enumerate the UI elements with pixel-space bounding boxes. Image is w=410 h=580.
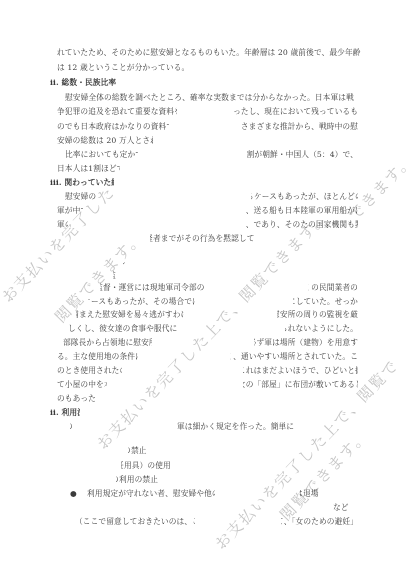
text-line: 比率においても定かで9割が朝鮮・中国人（5：4）で、 [0,149,410,161]
text-fragment: これはまだよいほうで、ひどいと掘 [243,365,358,376]
cut-glyph: は [135,351,138,362]
text-line: のでも日本政府はかなりの資料でさまざまな推計から、戦時中の慰 [0,121,410,133]
text-line: ⅱ. 総数・民族比率 [0,77,410,89]
text-run: れないようにした。 [288,324,358,333]
cut-glyph: の [355,191,358,202]
text-line: のとき使用されたのこれはまだよいほうで、ひどいと掘 [0,365,410,377]
text-fragment: 部隊長から占領地に慰安所 [63,337,152,348]
text-fragment: 監 [113,270,116,281]
text-line: ●利用規定が守れない者、慰安婦や他のは退場 [0,488,410,500]
text-fragment: る。主な使用地の条件は [57,351,138,362]
text-fragment: し [123,256,126,267]
text-line: 軍の、であり、そのたの国家機関も黙 [0,219,410,231]
text-run: ⅲ. 関わっていた [50,178,111,187]
text-line: 軍が中で、送る船も日本陸軍の軍用船がほ [0,205,410,217]
text-run: 比率においても定か [65,150,135,159]
text-fragment: ⅲ. 関わっていた組 [50,177,114,188]
text-line: は 12 歳ということが分かっている。 [0,62,410,74]
cut-glyph: の [65,219,68,230]
text-fragment: ⅱ. 総数・民族比率 [50,77,116,88]
text-fragment: ったし、現在において残っているも [233,106,358,117]
text-run: 督・運営には現地軍司令部の [103,283,205,292]
text-line: の軍は細かく規定を作った。簡単に [0,421,410,433]
text-run: ⅱ. 利用 [50,408,77,417]
document-page: お支払いを完了した閲覧できます。お支払いを完了した上で、閲覧できます。できます。… [0,0,410,580]
text-line: し [0,256,410,268]
text-run: 禁止 [131,446,147,455]
text-fragment: 妊用具）の使用 [121,460,171,471]
cut-glyph: 組 [111,177,114,188]
text-run: の「部屋」に布団が敷いてある [246,380,355,389]
text-fragment: 監督・運営には現地軍司令部の [100,282,205,293]
text-fragment: 日本人は1割ほどで [57,163,120,174]
text-fragment: 慰安婦全体の総数を調べたところ、確率な実数までは分からなかった。日本軍は戦 [65,92,354,103]
text-fragment: 安婦の総数は 20 万人とされ [57,135,153,146]
cut-glyph: 所 [149,337,152,348]
text-run: まえた慰安婦を易々逃がすわ [79,310,181,319]
text-fragment: 、送る船も日本陸軍の軍用船がほ [246,205,358,216]
cut-glyph: で [117,163,120,174]
text-fragment: 経者までがその行為を黙認して [150,233,255,244]
cut-glyph: ほ [355,205,358,216]
text-fragment: の利用の禁止 [116,474,158,485]
text-fragment: など [333,502,349,513]
text-fragment: 利用規定が守れない者、慰安婦や他の [87,488,215,499]
text-run: 者までがその行為を黙認して [153,234,255,243]
text-fragment: しくし、彼女達の食事や服代に [68,323,177,334]
cut-glyph: の [119,365,122,376]
text-line: 部隊長から占領地に慰安所必ず軍は場所（建物）を用意す [0,337,410,349]
text-run: しくし、彼女達の食事や服代に [68,324,177,333]
cut-glyph: こ [192,516,195,527]
text-fragment: 慰安所の周りの監視を厳 [277,309,358,320]
text-run: 慰安婦の [65,192,96,201]
text-fragment: にしていた。せっか [293,296,358,307]
text-run: ケースもあったが、ほとんど [254,192,355,201]
cut-glyph: で [80,205,83,216]
text-run: 割が朝鮮・中国人（5：4）で、 [247,150,358,159]
text-run: ず軍は場所（建物）を用意す [257,338,359,347]
text-run: 争犯罪の追及を恐れて重要な資料 [57,107,174,116]
text-run: ● [70,489,77,498]
text-run: 日本人は1割ほど [57,164,117,173]
text-fragment: 捕まえた慰安婦を易々逃がすわけ [76,309,184,320]
text-fragment: 軍は細かく規定を作った。簡単に [177,421,294,432]
text-fragment: のでも日本政府はかなりの資料で [57,121,169,132]
text-fragment: のとき使用されたの [57,365,122,376]
text-line: 監 [0,270,410,282]
text-run: 、であり、そのたの国家機関も [246,220,355,229]
text-run: 軍が中 [57,206,80,215]
text-run: 安婦の総数は 20 万人とさ [57,136,150,145]
text-run: れはまだよいほうで、ひどいと [246,366,355,375]
text-line: 慰安婦のるケースもあったが、ほとんどの [0,191,410,203]
text-run: 用具）の使用 [124,461,171,470]
text-run: のでも日本政府はかなりの資料 [57,122,166,131]
text-line: 捕まえた慰安婦を易々逃がすわけ慰安所の周りの監視を厳 [0,309,410,321]
text-line: の禁止 [0,445,410,457]
text-line: て小屋の中を本女の「部屋」に布団が敷いてあると [0,379,410,391]
text-line: 慰安婦全体の総数を調べたところ、確率な実数までは分からなかった。日本軍は戦 [0,92,410,104]
text-run: 軍は細かく規定を作った。簡単に [177,422,294,431]
text-fragment: 軍が中で [57,205,83,216]
text-line: 安婦の総数は 20 万人とされ [0,135,410,147]
text-run: は 12 歳ということが分かっている。 [57,63,189,72]
text-run: ⅱ. 総数・民族比率 [50,78,116,87]
text-fragment: ● [70,488,77,499]
cut-glyph: れ [150,135,153,146]
text-run: 、「女のための避妊」 [284,517,358,526]
text-line: 監督・運営には現地軍司令部のくの民間業者の [0,282,410,294]
text-line: （ここで留意しておきたいのは、こて、「女のための避妊」 [0,516,410,528]
text-fragment: 争犯罪の追及を恐れて重要な資料を [57,106,177,117]
text-line: 経者までがその行為を黙認して [0,233,410,245]
text-run: 利用の禁止 [119,475,158,484]
text-run: の民間業者の [311,283,358,292]
text-fragment: くの民間業者の [308,282,358,293]
text-run: など [333,503,349,512]
text-run: 慰安婦全体の総数を調べたところ、確率な実数までは分からなかった。日本軍は戦 [65,93,354,102]
text-fragment: て小屋の中を本 [57,379,107,390]
text-run: れていたため、そのために慰安婦となるものもいた。年齢層は 20 歳前後で、最少年… [57,48,361,57]
text-fragment: 、であり、そのたの国家機関も黙 [246,219,358,230]
text-run: 部隊長から占領地に慰安 [63,338,149,347]
text-run: のもあった [57,394,96,403]
text-line: しくし、彼女達の食事や服代にられないようにした。 [0,323,410,335]
text-run: 、送る船も日本陸軍の軍用船が [246,206,355,215]
text-fragment: く、通いやすい場所とされていた。こ [230,351,358,362]
text-line: 妊用具）の使用 [0,460,410,472]
text-run: ースもあったが、その場合で [91,297,192,306]
cut-glyph: 法 [77,407,80,418]
text-fragment: て、「女のための避妊」 [281,516,358,527]
text-run: 、通いやすい場所とされていた。こ [233,352,358,361]
text-run: 安所の周りの監視を厳 [280,310,358,319]
text-line: のもあった [0,393,410,405]
cut-glyph: で [166,121,169,132]
text-fragment: ⅱ. 利用法 [50,407,80,418]
cut-glyph: で [135,149,138,160]
cut-glyph: 本 [104,379,107,390]
text-fragment: は 12 歳ということが分かっている。 [57,62,189,73]
text-fragment: （ここで留意しておきたいのは、こ [75,516,195,527]
text-line: の利用の禁止 [0,474,410,486]
cut-glyph: 黙 [355,219,358,230]
text-run: て小屋の中を [57,380,104,389]
cut-glyph: は [192,296,195,307]
text-line: 日本人は1割ほどで [0,163,410,175]
text-fragment: られないようにした。 [285,323,358,334]
cut-glyph: を [174,106,177,117]
text-fragment: の禁止 [128,445,147,456]
text-fragment: 女の「部屋」に布団が敷いてあると [243,379,358,390]
text-fragment: のもあった [57,393,96,404]
text-fragment: 9割が朝鮮・中国人（5：4）で、 [244,149,358,160]
cut-glyph: け [181,309,184,320]
cut-glyph: の [70,421,73,432]
text-run: 利用規定が守れない者、慰安婦や他 [87,489,212,498]
text-fragment: の [70,421,73,432]
text-fragment: は退場 [300,488,319,499]
text-fragment: 軍の [57,219,68,230]
cut-glyph: と [355,379,358,390]
text-line: ⅲ. 関わっていた組 [0,177,410,189]
text-run: 退場 [303,489,319,498]
text-line: る。主な使用地の条件はく、通いやすい場所とされていた。こ [0,351,410,363]
text-fragment: ケースもあったが、その場合では [88,296,195,307]
text-run: 軍 [57,220,65,229]
text-run: のとき使用された [57,366,119,375]
cut-glyph: 掘 [355,365,358,376]
cut-glyph: 監 [113,270,116,281]
text-run: さまざまな推計から、戦時中の慰 [241,122,358,131]
text-line: れていたため、そのために慰安婦となるものもいた。年齢層は 20 歳前後で、最少年… [0,47,410,59]
text-run: る。主な使用地の条件 [57,352,135,361]
text-fragment: 必ず軍は場所（建物）を用意す [254,337,359,348]
text-line: など [0,502,410,514]
text-line: ケースもあったが、その場合ではにしていた。せっか [0,296,410,308]
cut-glyph: の [212,488,215,499]
text-fragment: 慰安婦の [65,191,96,202]
text-fragment: さまざまな推計から、戦時中の慰 [241,121,358,132]
text-fragment: るケースもあったが、ほとんどの [251,191,358,202]
text-run: （ここで留意しておきたいのは、 [75,517,192,526]
text-fragment: 比率においても定かで [65,149,138,160]
text-fragment: れていたため、そのために慰安婦となるものもいた。年齢層は 20 歳前後で、最少年… [57,47,361,58]
text-run: ったし、現在において残っているも [233,107,358,116]
text-run: していた。せっか [296,297,358,306]
text-line: 争犯罪の追及を恐れて重要な資料をったし、現在において残っているも [0,106,410,118]
text-line: ⅱ. 利用法 [0,407,410,419]
cut-glyph: し [123,256,126,267]
